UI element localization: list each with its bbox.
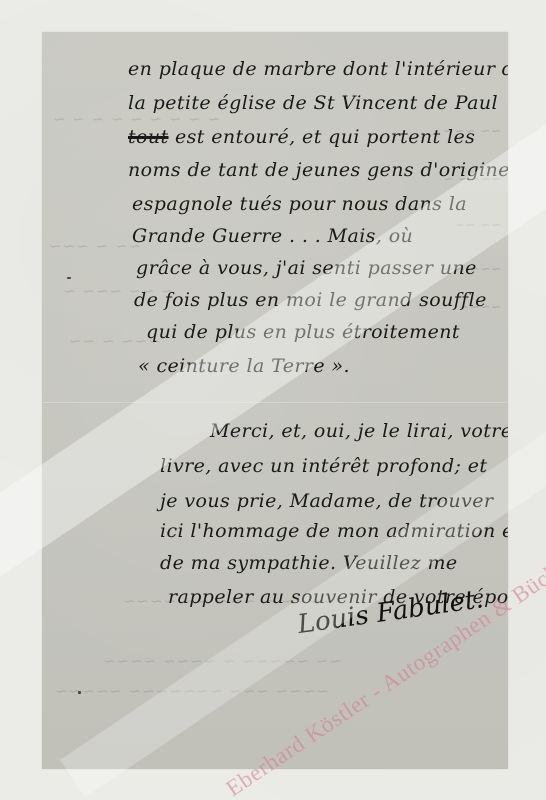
letter-line: noms de tant de jeunes gens d'origine: [128, 161, 508, 180]
letter-line: qui de plus en plus étroitement: [146, 323, 460, 342]
fold-crease: [42, 402, 508, 404]
letter-line: « ceinture la Terre ».: [138, 357, 350, 376]
letter-sheet: ~ ~ ~ ~ ~ ~ ~ ~ ~ ~~ ~ ~~~ ~ ~~ ~~~ ~ ~~…: [42, 32, 508, 769]
letter-line: espagnole tués pour nous dans la: [132, 195, 467, 214]
letter-line: Grande Guerre . . . Mais, où: [132, 227, 413, 246]
letter-line: livre, avec un intérêt profond; et: [160, 457, 487, 476]
letter-line: ici l'hommage de mon admiration et: [160, 522, 508, 541]
struck-word: tout: [128, 126, 169, 148]
letter-line: tout est entouré, et qui portent les: [128, 128, 475, 147]
ink-speck: [67, 277, 71, 279]
scan-background: ~ ~ ~ ~ ~ ~ ~ ~ ~ ~~ ~ ~~~ ~ ~~ ~~~ ~ ~~…: [0, 0, 546, 800]
letter-line: la petite église de St Vincent de Paul: [128, 94, 498, 113]
letter-line: de ma sympathie. Veuillez me: [160, 554, 458, 573]
letter-line: de fois plus en moi le grand souffle: [134, 291, 487, 310]
letter-line: en plaque de marbre dont l'intérieur de: [128, 60, 508, 79]
letter-line: je vous prie, Madame, de trouver: [160, 492, 493, 511]
letter-line: Merci, et, oui, je le lirai, votre: [210, 422, 508, 441]
letter-line-text: est entouré, et qui portent les: [169, 126, 476, 148]
ink-speck: [78, 691, 81, 694]
letter-line: grâce à vous, j'ai senti passer une: [136, 259, 477, 278]
